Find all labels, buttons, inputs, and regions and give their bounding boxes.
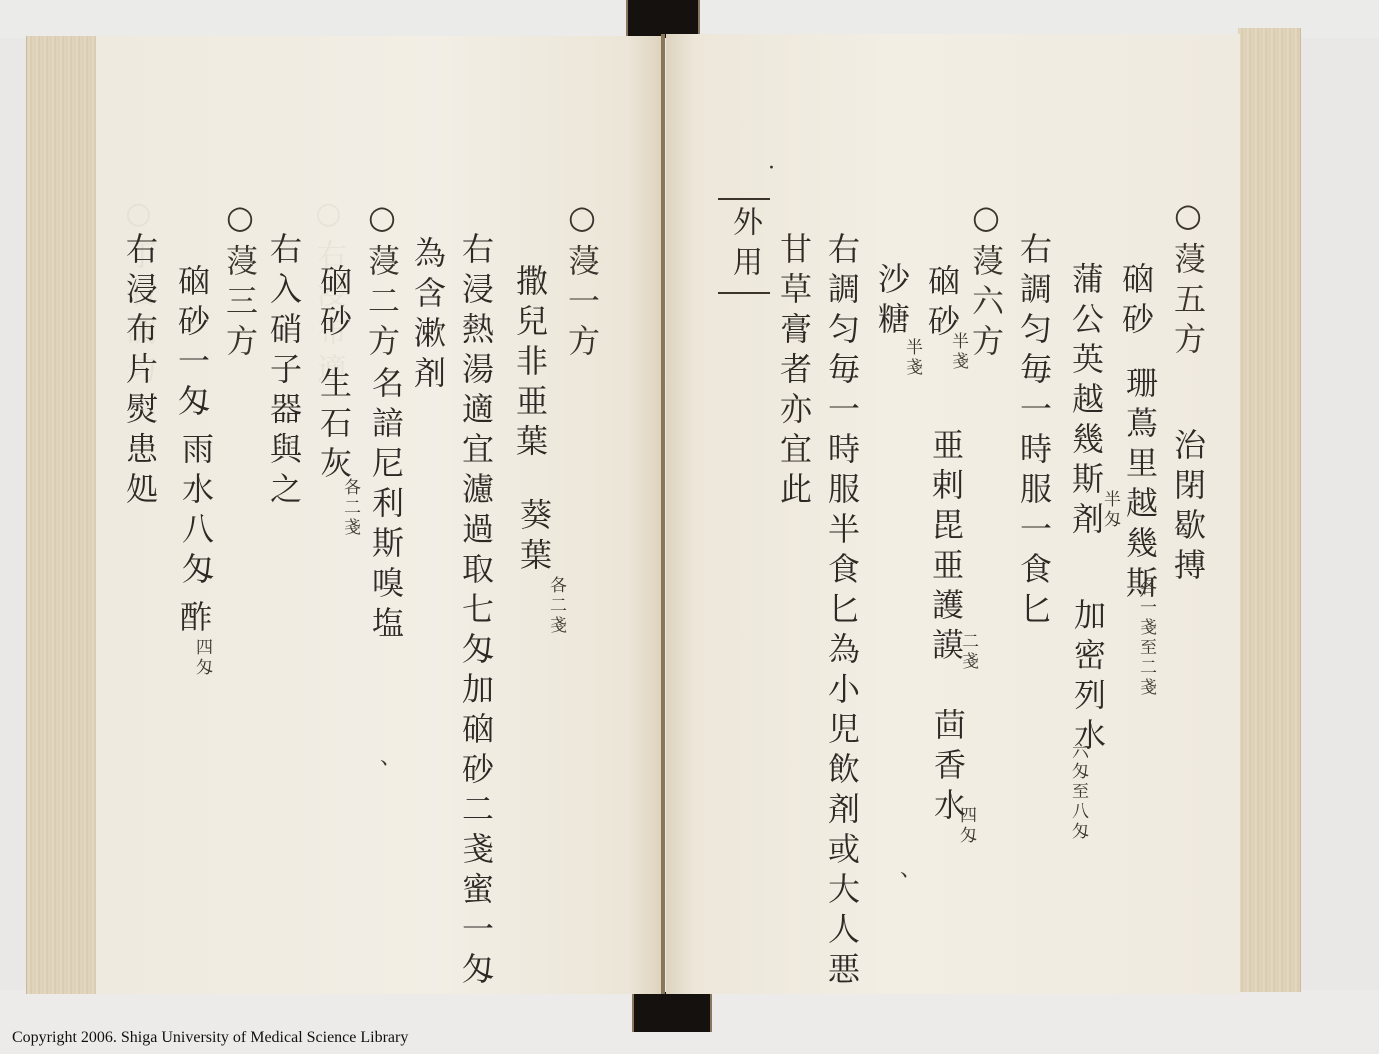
dose-note: 半匁 xyxy=(1100,490,1120,530)
copyright-notice: Copyright 2006. Shiga University of Medi… xyxy=(12,1029,408,1047)
text-column: 右浸熱湯適宜濾過取七匁加硇砂二戔蜜一匁 xyxy=(460,232,492,992)
text-column: 各二戔 xyxy=(540,576,572,636)
text-column: 名諳尼利斯嗅塩 xyxy=(370,366,402,646)
text-column: 右浸布片熨患処 xyxy=(124,232,156,512)
text-column: ○蓡一方 xyxy=(566,198,598,364)
text-column: 右調匀毎一時服一食匕 xyxy=(1018,232,1050,632)
section-label-external-use: 外用 xyxy=(718,198,770,294)
text-column: 各二戔 xyxy=(334,478,366,538)
ingredient: 生石灰 xyxy=(315,366,353,486)
text-column: ○蓡三方 xyxy=(224,198,256,364)
text-column: 硇砂 xyxy=(318,264,350,344)
text-column: 生石灰 xyxy=(318,366,350,486)
text-column: 右入硝子器與之 xyxy=(268,232,300,512)
instruction-text: 右浸布片熨患処 xyxy=(121,232,159,512)
book-scan: ○丁右調匀 ○右浸布適 ○蓡五方 治閉歇搏 硇砂 珊蔦里越幾斯 各一戔至二戔 蒲… xyxy=(0,0,1379,1054)
heading-prescription-5: ○蓡五方 xyxy=(1169,196,1207,362)
instruction-text: 甘草膏者亦宜此 xyxy=(775,232,813,512)
text-column: 治閉歇搏 xyxy=(1172,428,1204,588)
instruction-text: 右調匀毎一時服半食匕為小児飲剤或大人悪 xyxy=(823,232,861,992)
ingredient: 硇砂 xyxy=(315,264,353,344)
dose-note: 四匁 xyxy=(956,806,976,846)
text-column: 為含漱剤 xyxy=(412,236,444,396)
ingredient: 沙糖 xyxy=(873,262,911,342)
text-column: 硇砂 xyxy=(1120,262,1152,342)
text-column: 甘草膏者亦宜此 xyxy=(778,232,810,512)
dose-note: 各二戔 xyxy=(546,576,566,636)
right-page-edges xyxy=(1238,28,1301,992)
text-column: 半戔 xyxy=(942,332,974,372)
ink-mark: 、 xyxy=(380,740,402,771)
ingredient: 葵葉 xyxy=(515,498,553,578)
text-column: 二戔 xyxy=(952,632,984,672)
text-column: ○蓡二方 xyxy=(366,198,398,364)
ingredient: 酢 xyxy=(175,600,213,640)
dose-note: 二戔 xyxy=(958,632,978,672)
ingredient: 珊蔦里越幾斯 xyxy=(1121,366,1159,606)
text-column: 各一戔至二戔 xyxy=(1130,578,1162,698)
dose-note: 各二戔 xyxy=(340,478,360,538)
ingredient: 撒兒非亜葉 xyxy=(511,264,549,464)
spine-ribbon-bottom xyxy=(632,992,712,1032)
text-column: 撒兒非亜葉 xyxy=(514,264,546,464)
ink-mark: 、 xyxy=(900,852,922,883)
book-gutter xyxy=(661,34,665,994)
text-column: 四匁 xyxy=(950,806,982,846)
heading-prescription-3: ○蓡三方 xyxy=(221,198,259,364)
text-column: 葵葉 xyxy=(518,498,550,578)
section-label-text: 外用 xyxy=(727,206,762,286)
left-page-edges xyxy=(26,36,99,994)
ingredient: 硇砂 xyxy=(1117,262,1155,342)
text-column: 沙糖 xyxy=(876,262,908,342)
indication-text: 治閉歇搏 xyxy=(1169,428,1207,588)
instruction-text: 右入硝子器與之 xyxy=(265,232,303,512)
dose-note: 六匁至八匁 xyxy=(1068,742,1088,842)
text-column: 硇砂一匁 xyxy=(176,264,208,424)
instruction-text: 為含漱剤 xyxy=(409,236,447,396)
ingredient: 雨水八匁 xyxy=(177,432,215,592)
text-column: 右調匀毎一時服半食匕為小児飲剤或大人悪 xyxy=(826,232,858,992)
text-column: 酢 xyxy=(178,600,210,640)
text-column: 半戔 xyxy=(896,338,928,378)
text-column: 四匁 xyxy=(186,638,218,678)
dose-note: 各一戔至二戔 xyxy=(1136,578,1156,698)
ingredient: 加密列水 xyxy=(1069,598,1107,758)
text-column: 六匁至八匁 xyxy=(1062,742,1094,842)
prescription-name: 名諳尼利斯嗅塩 xyxy=(367,366,405,646)
dose-note: 半戔 xyxy=(948,332,968,372)
ingredient: 硇砂一匁 xyxy=(173,264,211,424)
text-column: 加密列水 xyxy=(1072,598,1104,758)
instruction-text: 右調匀毎一時服一食匕 xyxy=(1015,232,1053,632)
instruction-text: 右浸熱湯適宜濾過取七匁加硇砂二戔蜜一匁 xyxy=(457,232,495,992)
text-column: ○蓡五方 xyxy=(1172,196,1204,362)
heading-prescription-2: ○蓡二方 xyxy=(363,198,401,364)
text-column: 珊蔦里越幾斯 xyxy=(1124,366,1156,606)
heading-prescription-1: ○蓡一方 xyxy=(563,198,601,364)
text-column: 雨水八匁 xyxy=(180,432,212,592)
dose-note: 四匁 xyxy=(192,638,212,678)
text-column: 半匁 xyxy=(1094,490,1126,530)
ink-dot: · xyxy=(768,156,775,181)
text-column: ○蓡六方 xyxy=(970,198,1002,364)
spine-ribbon-top xyxy=(626,0,700,38)
dose-note: 半戔 xyxy=(902,338,922,378)
